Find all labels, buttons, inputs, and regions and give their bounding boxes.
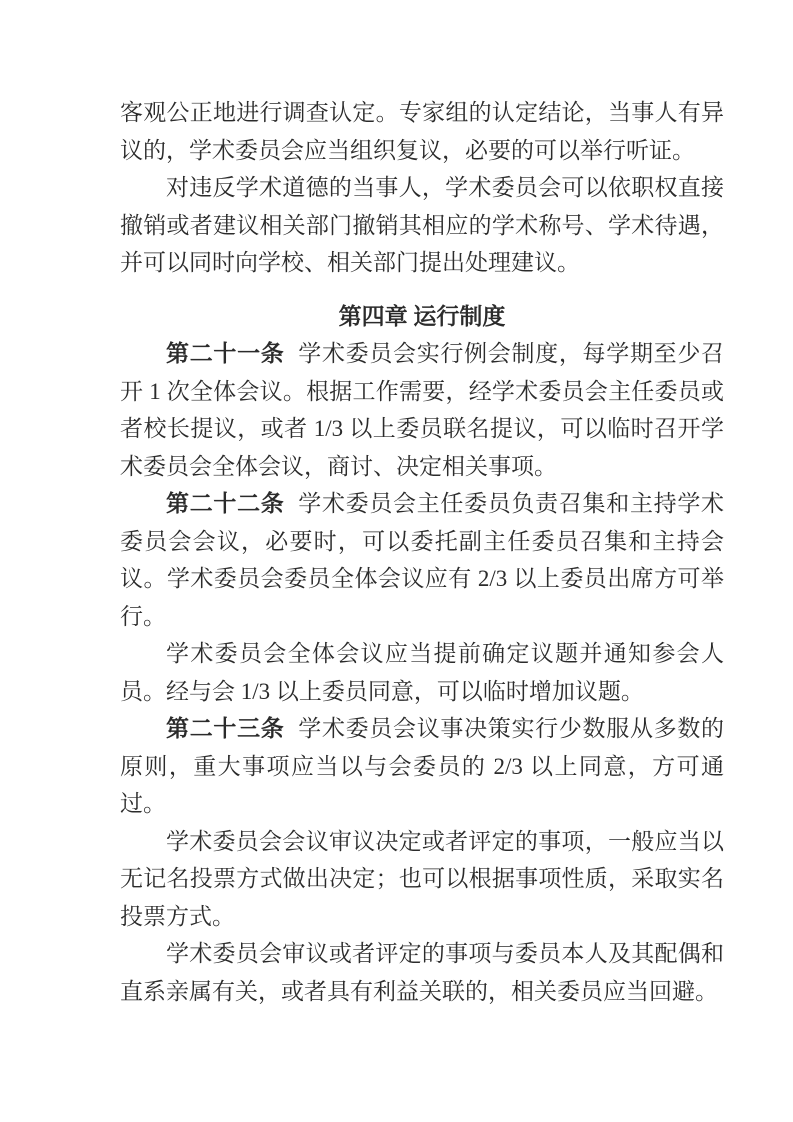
paragraph-article-23-clause-2: 学术委员会会议审议决定或者评定的事项，一般应当以无记名投票方式做出决定；也可以根…: [120, 823, 724, 936]
chapter-heading: 第四章 运行制度: [120, 298, 724, 336]
paragraph-text: 学术委员会审议或者评定的事项与委员本人及其配偶和直系亲属有关，或者具有利益关联的…: [120, 941, 724, 1004]
article-number: 第二十三条: [166, 716, 284, 741]
paragraph-text: 对违反学术道德的当事人，学术委员会可以依职权直接撤销或者建议相关部门撤销其相应的…: [120, 175, 724, 275]
paragraph-article-22-clause-2: 学术委员会全体会议应当提前确定议题并通知参会人员。经与会 1/3 以上委员同意，…: [120, 635, 724, 710]
paragraph-article-21: 第二十一条学术委员会实行例会制度，每学期至少召开 1 次全体会议。根据工作需要，…: [120, 335, 724, 485]
paragraph-article-23-clause-3: 学术委员会审议或者评定的事项与委员本人及其配偶和直系亲属有关，或者具有利益关联的…: [120, 935, 724, 1010]
paragraph-continuation: 客观公正地进行调查认定。专家组的认定结论，当事人有异议的，学术委员会应当组织复议…: [120, 94, 724, 169]
article-number: 第二十二条: [166, 491, 284, 516]
paragraph-misconduct-handling: 对违反学术道德的当事人，学术委员会可以依职权直接撤销或者建议相关部门撤销其相应的…: [120, 169, 724, 282]
paragraph-text: 客观公正地进行调查认定。专家组的认定结论，当事人有异议的，学术委员会应当组织复议…: [120, 100, 724, 163]
paragraph-text: 学术委员会会议审议决定或者评定的事项，一般应当以无记名投票方式做出决定；也可以根…: [120, 829, 724, 929]
paragraph-article-22: 第二十二条学术委员会主任委员负责召集和主持学术委员会会议，必要时，可以委托副主任…: [120, 485, 724, 635]
paragraph-article-23: 第二十三条学术委员会议事决策实行少数服从多数的原则，重大事项应当以与会委员的 2…: [120, 710, 724, 823]
document-content: 客观公正地进行调查认定。专家组的认定结论，当事人有异议的，学术委员会应当组织复议…: [120, 94, 724, 1010]
document-page: 客观公正地进行调查认定。专家组的认定结论，当事人有异议的，学术委员会应当组织复议…: [0, 0, 793, 1122]
article-number: 第二十一条: [166, 341, 284, 366]
paragraph-text: 学术委员会全体会议应当提前确定议题并通知参会人员。经与会 1/3 以上委员同意，…: [120, 641, 724, 704]
